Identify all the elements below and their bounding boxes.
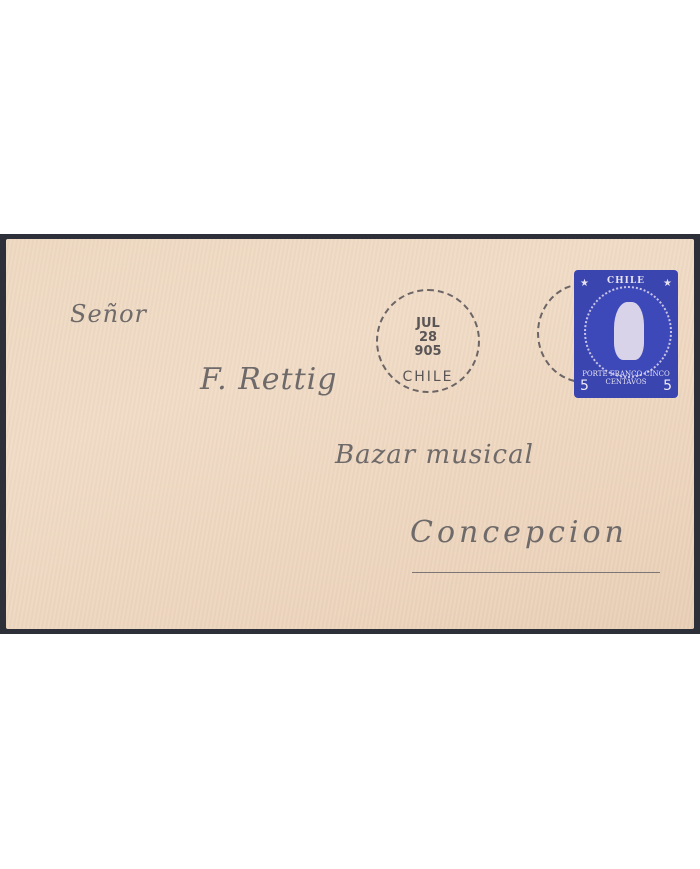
salutation-handwriting: Señor <box>70 300 147 328</box>
address-handwriting: Bazar musical <box>335 440 534 470</box>
imprinted-stamp: ★ ★ CHILE PORTE FRANCO CINCO CENTAVOS 5 … <box>574 270 678 398</box>
stamp-country: CHILE <box>574 276 678 286</box>
stamp-value-right: 5 <box>663 378 672 394</box>
postmark-country: CHILE <box>378 369 478 385</box>
stamp-medallion <box>584 286 672 378</box>
postmark: JUL 28 905 CHILE <box>376 289 480 393</box>
postmark-date: JUL 28 905 <box>378 317 478 359</box>
portrait-bust-icon <box>614 302 644 360</box>
stamp-value-left: 5 <box>580 378 589 394</box>
city-underline <box>412 572 660 573</box>
city-handwriting: Concepcion <box>410 515 628 550</box>
addressee-handwriting: F. Rettig <box>200 362 337 397</box>
